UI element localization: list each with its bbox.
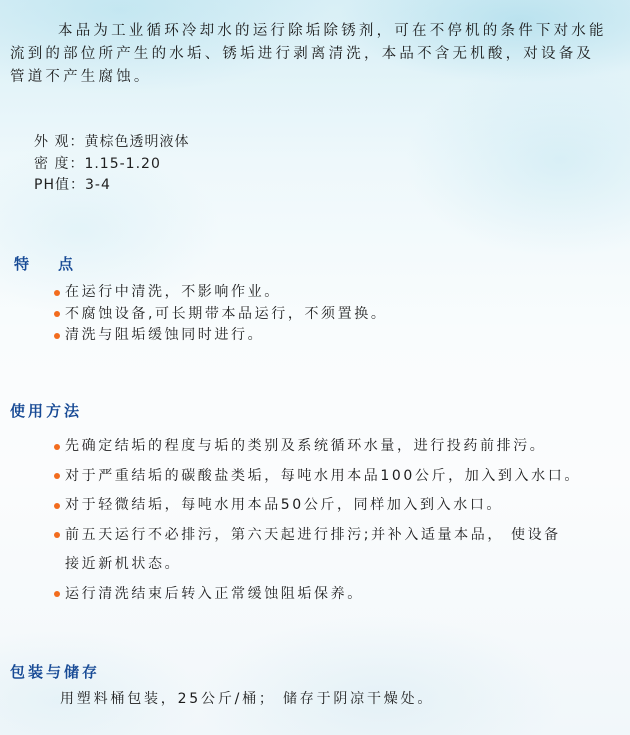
packaging-text: 用塑料桶包装，25公斤/桶； 储存于阴凉干燥处。 [60, 688, 434, 708]
list-item: 运行清洗结束后转入正常缓蚀阻垢保养。 [54, 580, 581, 610]
bullet-dot-icon [54, 532, 60, 538]
usage-heading: 使用方法 [10, 400, 82, 421]
list-item: 对于严重结垢的碳酸盐类垢，每吨水用本品100公斤，加入到入水口。 [54, 462, 581, 492]
packaging-heading: 包装与储存 [10, 661, 100, 682]
property-density: 密 度：1.15-1.20 [34, 154, 189, 176]
intro-paragraph: 本品为工业循环冷却水的运行除垢除锈剂，可在不停机的条件下对水能流到的部位所产生的… [10, 20, 610, 89]
bullet-dot-icon [54, 333, 60, 339]
property-value: 3-4 [85, 177, 111, 193]
list-item: 先确定结垢的程度与垢的类别及系统循环水量，进行投药前排污。 [54, 432, 581, 462]
features-list: 在运行中清洗，不影响作业。 不腐蚀设备,可长期带本品运行，不须置换。 清洗与阻垢… [54, 282, 387, 347]
property-label: PH值 [34, 177, 70, 193]
list-item-text: 先确定结垢的程度与垢的类别及系统循环水量，进行投药前排污。 [65, 438, 546, 454]
list-item: 前五天运行不必排污，第六天起进行排污;并补入适量本品， 使设备 [54, 521, 581, 551]
intro-text: 本品为工业循环冷却水的运行除垢除锈剂，可在不停机的条件下对水能流到的部位所产生的… [10, 23, 607, 85]
bullet-dot-icon [54, 290, 60, 296]
property-sep: ： [69, 134, 84, 150]
list-item: 对于轻微结垢，每吨水用本品50公斤，同样加入到入水口。 [54, 491, 581, 521]
list-item: 在运行中清洗，不影响作业。 [54, 282, 387, 304]
bullet-dot-icon [54, 444, 60, 450]
bullet-dot-icon [54, 473, 60, 479]
list-item: 不腐蚀设备,可长期带本品运行，不须置换。 [54, 304, 387, 326]
features-heading-char-2: 点 [58, 255, 76, 273]
list-item-continuation: 接近新机状态。 [54, 550, 581, 580]
list-item: 清洗与阻垢缓蚀同时进行。 [54, 325, 387, 347]
list-item-text: 对于轻微结垢，每吨水用本品50公斤，同样加入到入水口。 [65, 497, 503, 513]
list-item-text: 不腐蚀设备,可长期带本品运行，不须置换。 [65, 306, 387, 322]
bullet-dot-icon [54, 311, 60, 317]
list-item-text: 前五天运行不必排污，第六天起进行排污;并补入适量本品， 使设备 [65, 527, 561, 543]
property-label: 密 度 [34, 156, 69, 172]
features-heading-char-1: 特 [14, 255, 32, 273]
property-value: 黄棕色透明液体 [84, 134, 189, 150]
property-sep: ： [70, 177, 85, 193]
property-value: 1.15-1.20 [84, 156, 160, 172]
property-appearance: 外 观：黄棕色透明液体 [34, 132, 189, 154]
property-sep: ： [69, 156, 84, 172]
list-item-text: 对于严重结垢的碳酸盐类垢，每吨水用本品100公斤，加入到入水口。 [65, 468, 581, 484]
list-item-text: 在运行中清洗，不影响作业。 [65, 284, 281, 300]
property-label: 外 观 [34, 134, 69, 150]
list-item-text: 清洗与阻垢缓蚀同时进行。 [65, 327, 264, 343]
features-heading: 特点 [14, 253, 76, 274]
properties-list: 外 观：黄棕色透明液体 密 度：1.15-1.20 PH值：3-4 [34, 132, 189, 197]
usage-list: 先确定结垢的程度与垢的类别及系统循环水量，进行投药前排污。 对于严重结垢的碳酸盐… [54, 432, 581, 609]
list-item-text: 运行清洗结束后转入正常缓蚀阻垢保养。 [65, 586, 364, 602]
bullet-dot-icon [54, 503, 60, 509]
property-ph: PH值：3-4 [34, 175, 189, 197]
bullet-dot-icon [54, 591, 60, 597]
